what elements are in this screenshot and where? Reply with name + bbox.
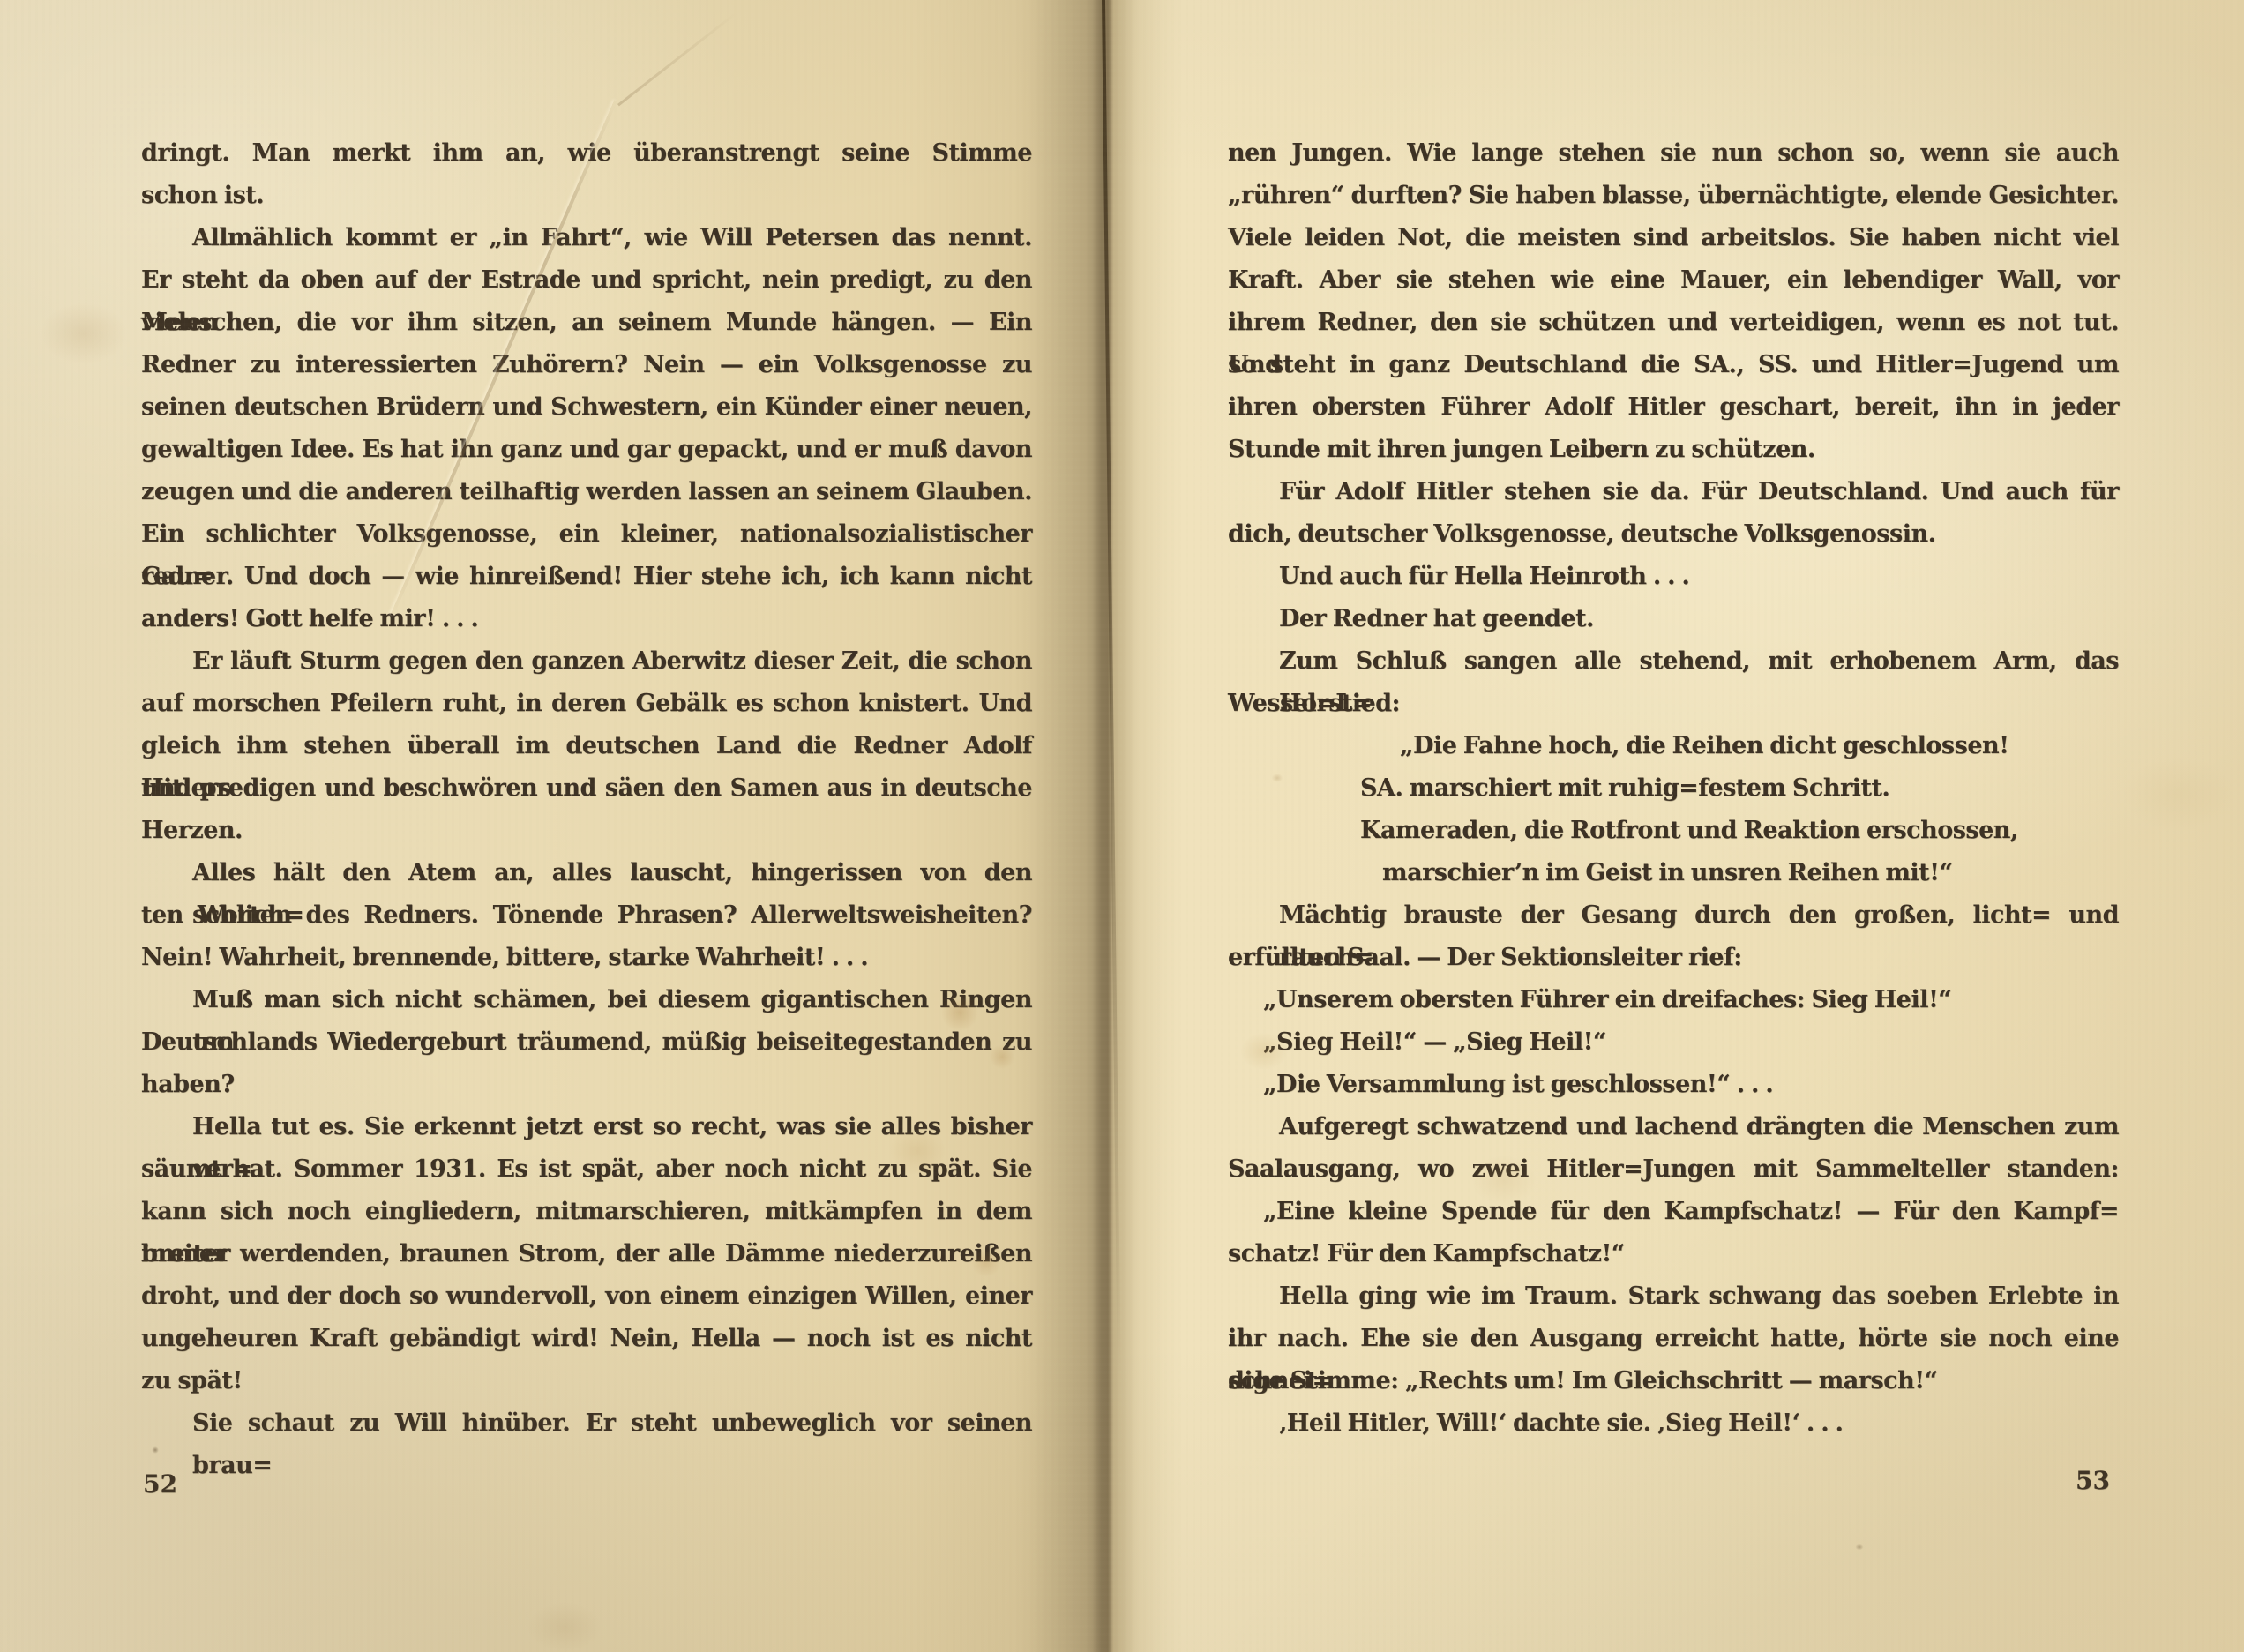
text-line: ungeheuren Kraft gebändigt wird! Nein, H… [141, 1318, 1032, 1360]
text-line: Und auch für Hella Heinroth . . . [1228, 556, 2119, 598]
text-line: Ein schlichter Volksgenosse, ein kleiner… [141, 513, 1032, 556]
text-line: Hella tut es. Sie erkennt jetzt erst so … [141, 1106, 1032, 1148]
text-line: Redner zu interessierten Zuhörern? Nein … [141, 344, 1032, 386]
text-line: Kraft. Aber sie stehen wie eine Mauer, e… [1228, 259, 2119, 302]
text-line: ten Worten des Redners. Tönende Phrasen?… [141, 894, 1032, 937]
text-line: schatz! Für den Kampfschatz!“ [1228, 1233, 2119, 1275]
text-line: gleich ihm stehen überall im deutschen L… [141, 725, 1032, 767]
text-line: Kameraden, die Rotfront und Reaktion ers… [1228, 810, 2119, 852]
text-line: anders! Gott helfe mir! . . . [141, 598, 1032, 640]
text-line: dich, deutscher Volksgenosse, deutsche V… [1228, 513, 2119, 556]
text-line: Hella ging wie im Traum. Stark schwang d… [1228, 1275, 2119, 1318]
text-line: ihrem Redner, den sie schützen und verte… [1228, 302, 2119, 344]
text-line: marschier’n im Geist in unsren Reihen mi… [1228, 852, 2119, 894]
text-line: „rühren“ durften? Sie haben blasse, über… [1228, 175, 2119, 217]
text-line: zu spät! [141, 1360, 1032, 1402]
text-line: Alles hält den Atem an, alles lauscht, h… [141, 852, 1032, 894]
text-line: „Die Versammlung ist geschlossen!“ . . . [1228, 1064, 2119, 1106]
text-line: Sie schaut zu Will hinüber. Er steht unb… [141, 1402, 1032, 1445]
text-line: Er steht da oben auf der Estrade und spr… [141, 259, 1032, 302]
text-line: Viele leiden Not, die meisten sind arbei… [1228, 217, 2119, 259]
text-line: dringt. Man merkt ihm an, wie überanstre… [141, 132, 1032, 175]
text-line: kann sich noch eingliedern, mitmarschier… [141, 1191, 1032, 1233]
text-line: nen Jungen. Wie lange stehen sie nun sch… [1228, 132, 2119, 175]
text-line: dige Stimme: „Rechts um! Im Gleichschrit… [1228, 1360, 2119, 1402]
book-spread: dringt. Man merkt ihm an, wie überanstre… [0, 0, 2244, 1652]
text-line: und predigen und beschwören und säen den… [141, 767, 1032, 810]
text-line: „Unserem obersten Führer ein dreifaches:… [1228, 979, 2119, 1021]
text-line: ‚Heil Hitler, Will!‘ dachte sie. ‚Sieg H… [1228, 1402, 2119, 1445]
text-line: redner. Und doch — wie hinreißend! Hier … [141, 556, 1032, 598]
text-line: Der Redner hat geendet. [1228, 598, 2119, 640]
text-line: „Sieg Heil!“ — „Sieg Heil!“ [1228, 1021, 2119, 1064]
text-line: gewaltigen Idee. Es hat ihn ganz und gar… [141, 429, 1032, 471]
text-line: Stunde mit ihren jungen Leibern zu schüt… [1228, 429, 2119, 471]
text-block-right: nen Jungen. Wie lange stehen sie nun sch… [1228, 132, 2119, 1445]
page-number-left: 52 [143, 1469, 177, 1499]
text-block-left: dringt. Man merkt ihm an, wie überanstre… [141, 132, 1032, 1445]
text-line: auf morschen Pfeilern ruht, in deren Geb… [141, 683, 1032, 725]
text-line: Mächtig brauste der Gesang durch den gro… [1228, 894, 2119, 937]
text-line: SA. marschiert mit ruhig=festem Schritt. [1228, 767, 2119, 810]
text-line: „Eine kleine Spende für den Kampfschatz!… [1228, 1191, 2119, 1233]
text-line: ihr nach. Ehe sie den Ausgang erreicht h… [1228, 1318, 2119, 1360]
text-line: haben? [141, 1064, 1032, 1106]
text-line: Muß man sich nicht schämen, bei diesem g… [141, 979, 1032, 1021]
text-line: seinen deutschen Brüdern und Schwestern,… [141, 386, 1032, 429]
text-line: Aufgeregt schwatzend und lachend drängte… [1228, 1106, 2119, 1148]
text-line: Allmählich kommt er „in Fahrt“, wie Will… [141, 217, 1032, 259]
text-line: so steht in ganz Deutschland die SA., SS… [1228, 344, 2119, 386]
gutter-shadow [1014, 0, 1164, 1652]
text-line: erfüllten Saal. — Der Sektionsleiter rie… [1228, 937, 2119, 979]
text-line: Für Adolf Hitler stehen sie da. Für Deut… [1228, 471, 2119, 513]
text-line: Er läuft Sturm gegen den ganzen Aberwitz… [141, 640, 1032, 683]
text-line: säumt hat. Sommer 1931. Es ist spät, abe… [141, 1148, 1032, 1191]
text-line: breiter werdenden, braunen Strom, der al… [141, 1233, 1032, 1275]
text-line: ihren obersten Führer Adolf Hitler gesch… [1228, 386, 2119, 429]
text-line: zeugen und die anderen teilhaftig werden… [141, 471, 1032, 513]
text-line: schon ist. [141, 175, 1032, 217]
text-line: „Die Fahne hoch, die Reihen dicht geschl… [1228, 725, 2119, 767]
text-line: Herzen. [141, 810, 1032, 852]
text-line: Zum Schluß sangen alle stehend, mit erho… [1228, 640, 2119, 683]
page-number-right: 53 [2076, 1466, 2110, 1495]
text-line: droht, und der doch so wundervoll, von e… [141, 1275, 1032, 1318]
text-line: Menschen, die vor ihm sitzen, an seinem … [141, 302, 1032, 344]
text-line: Wessel=Lied: [1228, 683, 2119, 725]
text-line: Nein! Wahrheit, brennende, bittere, star… [141, 937, 1032, 979]
text-line: Saalausgang, wo zwei Hitler=Jungen mit S… [1228, 1148, 2119, 1191]
text-line: Deutschlands Wiedergeburt träumend, müßi… [141, 1021, 1032, 1064]
